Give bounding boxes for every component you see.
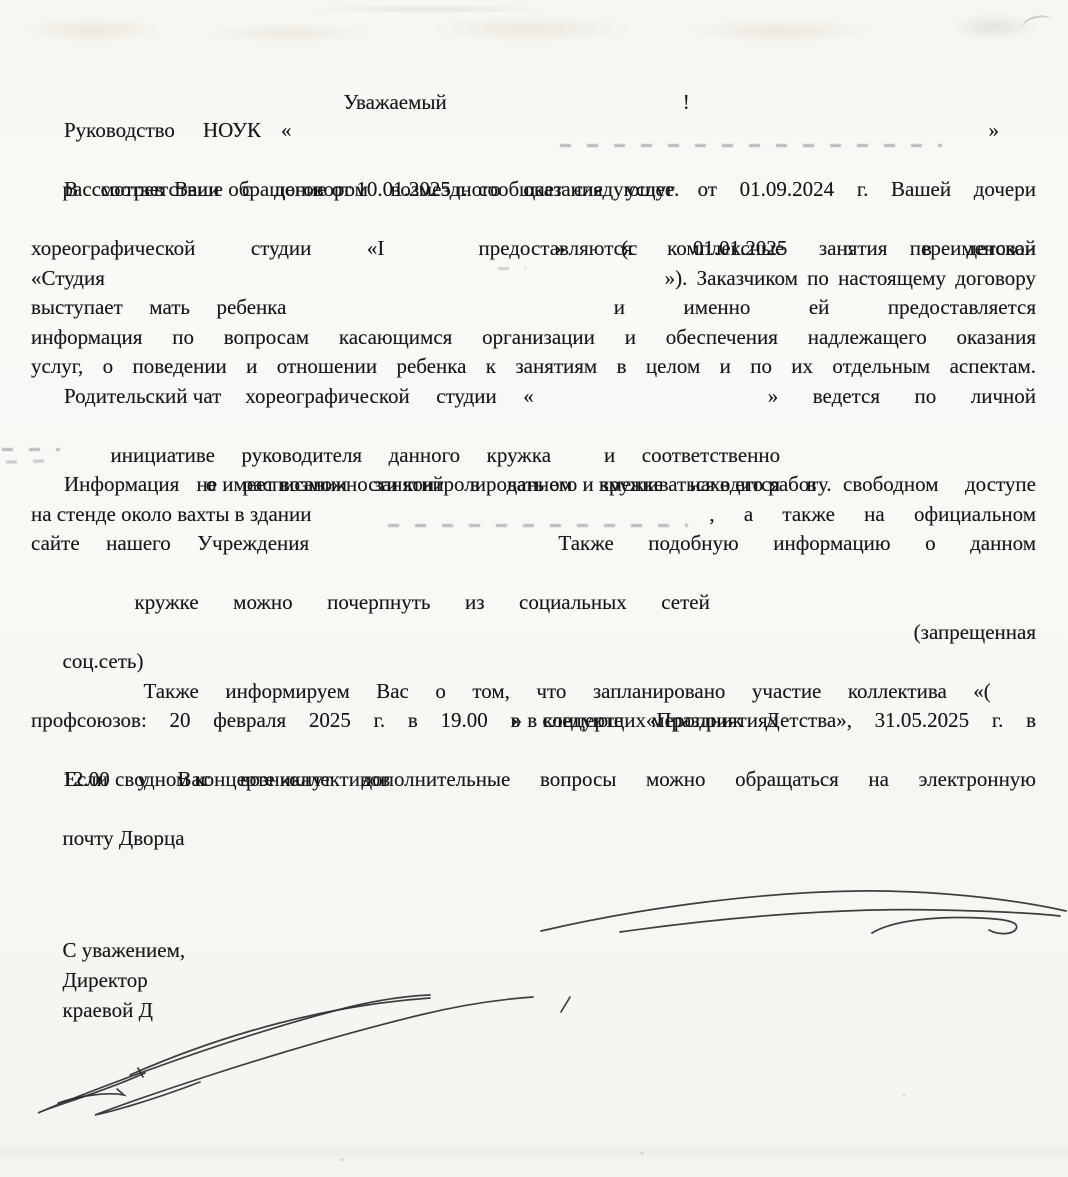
salutation-line: Уважаемый! bbox=[31, 58, 1036, 88]
line-text: Руководство bbox=[64, 116, 175, 146]
close-quote: » bbox=[989, 116, 1000, 146]
line-text: выступает мать ребенка bbox=[31, 293, 286, 323]
line-word: 01.01.2025 bbox=[693, 234, 788, 264]
letter-line: Информация о расписании занятий в данном… bbox=[31, 470, 1036, 500]
open-quote: « bbox=[281, 116, 292, 146]
letter-line: сайте нашего Учреждения Также подобную и… bbox=[31, 529, 1036, 559]
scanned-letter-page: Уважаемый! Руководство НОУК « » рассмотр… bbox=[0, 0, 1068, 1177]
letter-line: Руководство НОУК « » bbox=[31, 116, 1036, 146]
line-word: хореографической bbox=[31, 234, 195, 264]
letter-line: В соответствии с договором возмездного о… bbox=[31, 175, 1036, 205]
letter-line: почту Дворца bbox=[31, 795, 1036, 825]
paper-stain bbox=[200, 22, 380, 44]
line-word: г. bbox=[843, 234, 855, 264]
line-text: профсоюзов: 20 февраля 2025 г. в 19.00 в… bbox=[31, 708, 1036, 732]
paper-stain bbox=[18, 16, 168, 44]
letter-line: кружке можно почерпнуть из социальных се… bbox=[31, 559, 1036, 589]
letter-line: хореографической студии «I » (с 01.01.20… bbox=[31, 234, 1036, 264]
line-text: Родительский чат bbox=[64, 382, 221, 412]
letter-line: (запрещенная bbox=[31, 588, 1036, 618]
paper-stain bbox=[300, 4, 560, 14]
line-text: на стенде около вахты в здании bbox=[31, 500, 312, 530]
letter-line: Если у Вас возникнут дополнительные вопр… bbox=[31, 765, 1036, 795]
salutation-text: Уважаемый bbox=[344, 90, 447, 114]
letter-line: «Студия »). Заказчиком по настоящему дог… bbox=[31, 264, 1036, 294]
line-text: Если у Вас возникнут дополнительные вопр… bbox=[64, 767, 1036, 791]
scan-speck bbox=[902, 1094, 906, 1097]
line-text: информация по вопросам касающимся органи… bbox=[31, 325, 1036, 349]
letter-line: информация по вопросам касающимся органи… bbox=[31, 323, 1036, 353]
salutation-exclamation: ! bbox=[683, 90, 690, 114]
signer-title-line: Директор bbox=[31, 935, 1036, 965]
letter-line: соц.сеть) bbox=[31, 618, 1036, 648]
scan-speck bbox=[340, 1158, 344, 1161]
letter-line: выступает мать ребенка и именно ей предо… bbox=[31, 293, 1036, 323]
closing-block: С уважением, Директор краевой Д bbox=[31, 905, 1036, 995]
letter-line: инициативе руководителя данного кружка и… bbox=[31, 411, 1036, 441]
line-text: почту Дворца bbox=[63, 826, 185, 850]
line-text: Информация о расписании занятий в данном… bbox=[64, 472, 1036, 496]
salutation-block: Уважаемый! bbox=[31, 58, 1036, 88]
line-text: хореографической студии « bbox=[245, 382, 533, 412]
regards-line: С уважением, bbox=[31, 905, 1036, 935]
corner-pen-mark bbox=[1021, 13, 1054, 36]
scan-speck bbox=[640, 1152, 644, 1155]
line-word: студии bbox=[251, 234, 312, 264]
line-word: » bbox=[555, 234, 566, 264]
letter-line: » в следующих мероприятиях bbox=[31, 677, 1036, 707]
line-text: , а также на официальном bbox=[709, 500, 1036, 530]
letter-line: предоставляются комплексные занятия в де… bbox=[31, 205, 1036, 235]
letter-line: Также информируем Вас о том, что заплани… bbox=[64, 647, 1036, 677]
letter-line: на стенде около вахты в здании , а также… bbox=[31, 500, 1036, 530]
line-word: (с bbox=[621, 234, 637, 264]
letter-line: услуг, о поведении и отношении ребенка к… bbox=[31, 352, 1036, 382]
line-text: »). Заказчиком по настоящему договору bbox=[665, 264, 1036, 294]
letter-line: профсоюзов: 20 февраля 2025 г. в 19.00 в… bbox=[31, 706, 1036, 736]
letter-line: Родительский чат хореографической студии… bbox=[31, 382, 1036, 412]
letter-body: Руководство НОУК « » рассмотрев Ваше обр… bbox=[31, 116, 1036, 824]
line-text: «Студия bbox=[31, 264, 105, 294]
paper-stain bbox=[680, 18, 880, 44]
letter-line: не имеет возможности контролировать его … bbox=[31, 441, 1036, 471]
line-text: и именно ей предоставляется bbox=[614, 293, 1036, 323]
letter-line: рассмотрев Ваше обращение от 10.01.2025 … bbox=[31, 146, 1036, 176]
signer-name-line: краевой Д bbox=[31, 965, 1036, 995]
line-text: услуг, о поведении и отношении ребенка к… bbox=[31, 354, 1036, 378]
paper-stain bbox=[420, 14, 640, 44]
signer-name: краевой Д bbox=[63, 998, 153, 1022]
letter-line: 12.00 сводном концерте коллективов bbox=[31, 736, 1036, 766]
line-text: сайте нашего Учреждения bbox=[31, 529, 309, 559]
line-text: » ведется по личной bbox=[768, 382, 1036, 412]
line-text: Также подобную информацию о данном bbox=[558, 529, 1036, 559]
line-text: В соответствии с договором возмездного о… bbox=[64, 177, 1036, 201]
line-word: «I bbox=[367, 234, 385, 264]
paper-stain bbox=[0, 1140, 1068, 1164]
line-text: НОУК bbox=[203, 116, 261, 146]
line-word: переименован bbox=[910, 234, 1036, 264]
